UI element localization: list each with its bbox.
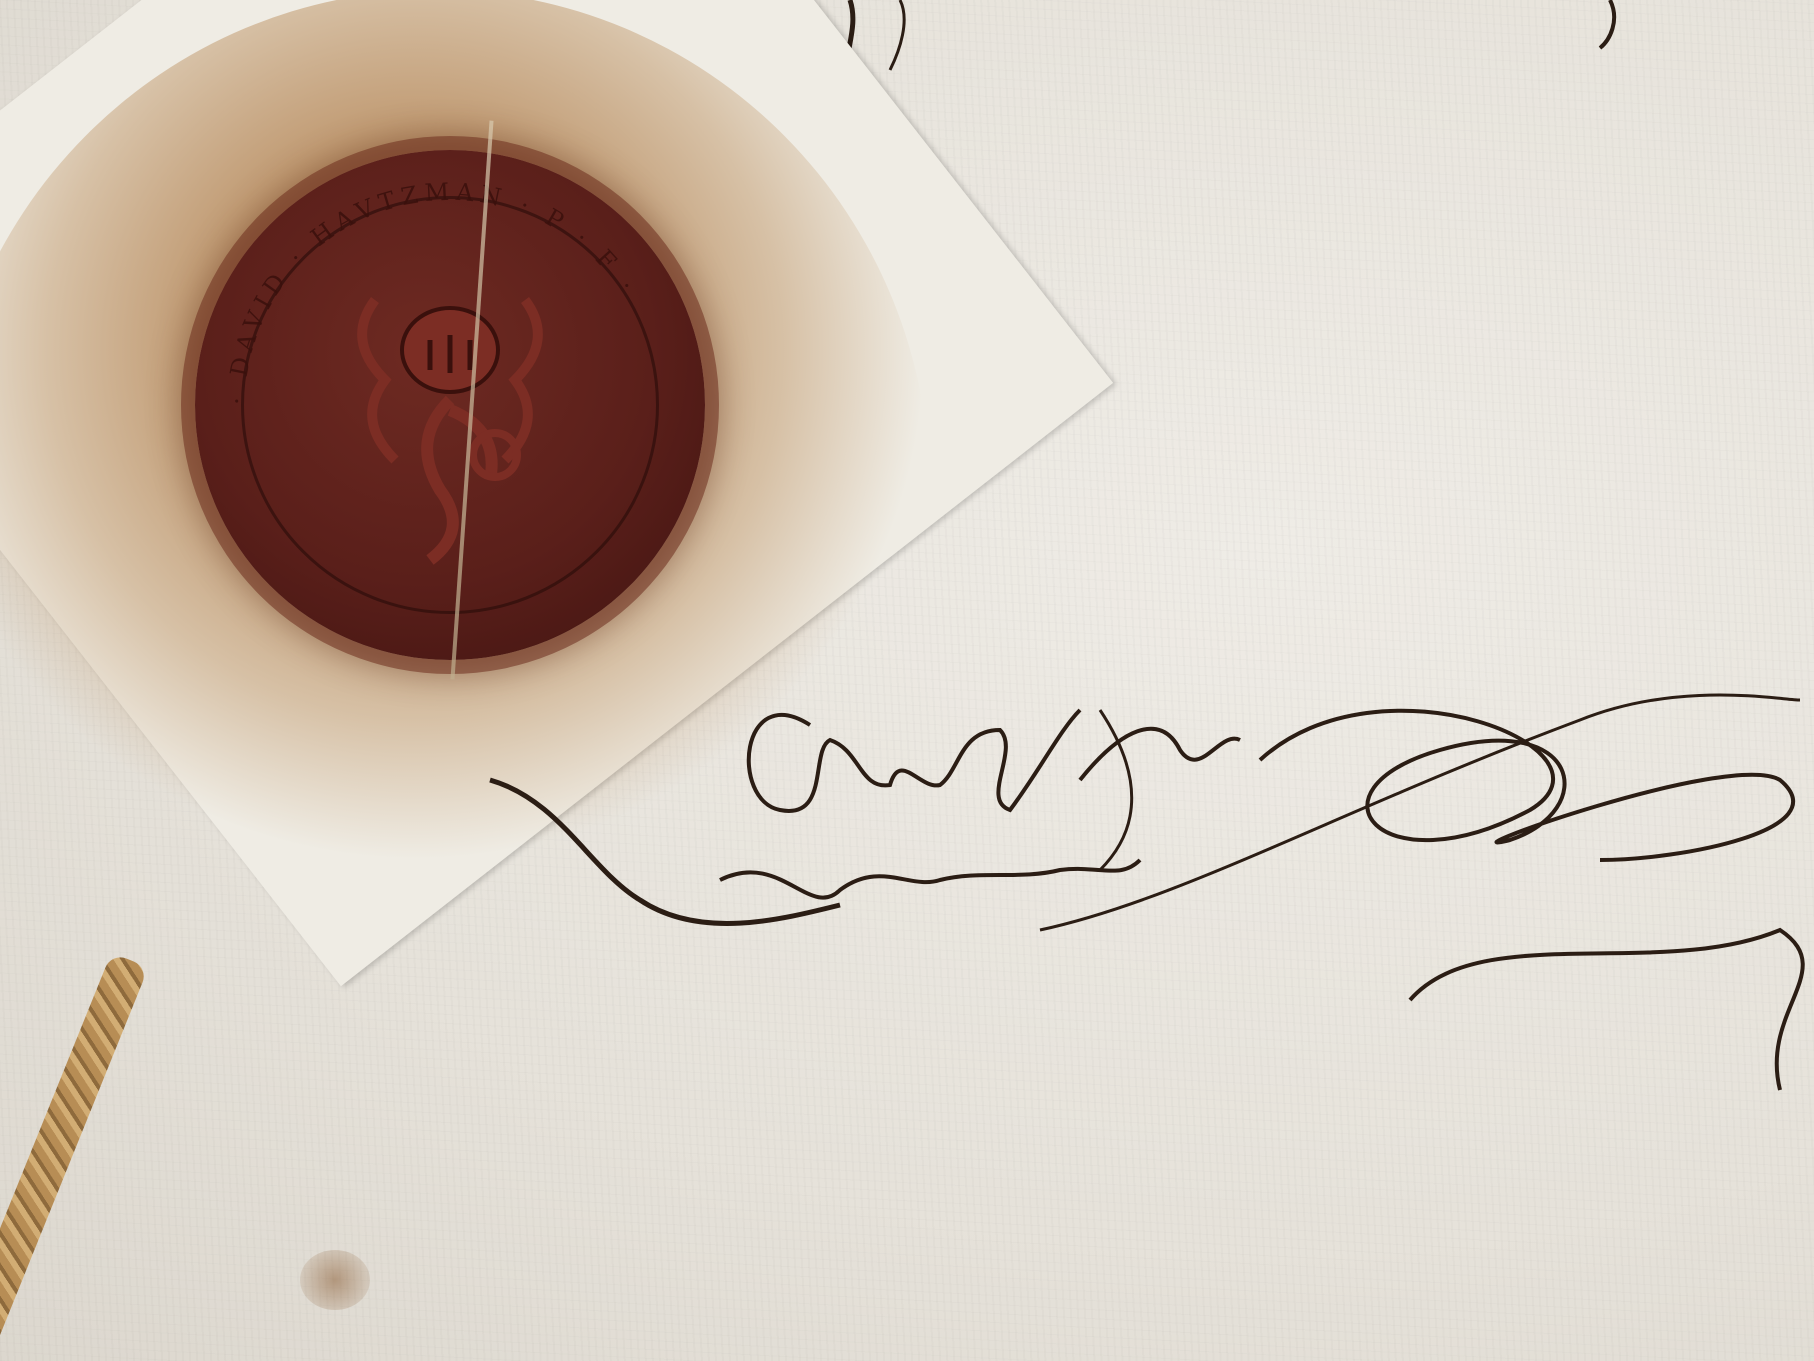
coat-of-arms-icon xyxy=(345,240,555,570)
stain-spot xyxy=(300,1250,370,1310)
handwriting-top-fragment xyxy=(830,0,1810,80)
wax-seal: · DAVID · HAVTZMAN · P · F · xyxy=(195,150,705,660)
svg-text:Hauptmann: Hauptmann xyxy=(480,690,486,691)
handwritten-signature: Daniel Schaffner Hauptmann xyxy=(480,690,1810,1110)
